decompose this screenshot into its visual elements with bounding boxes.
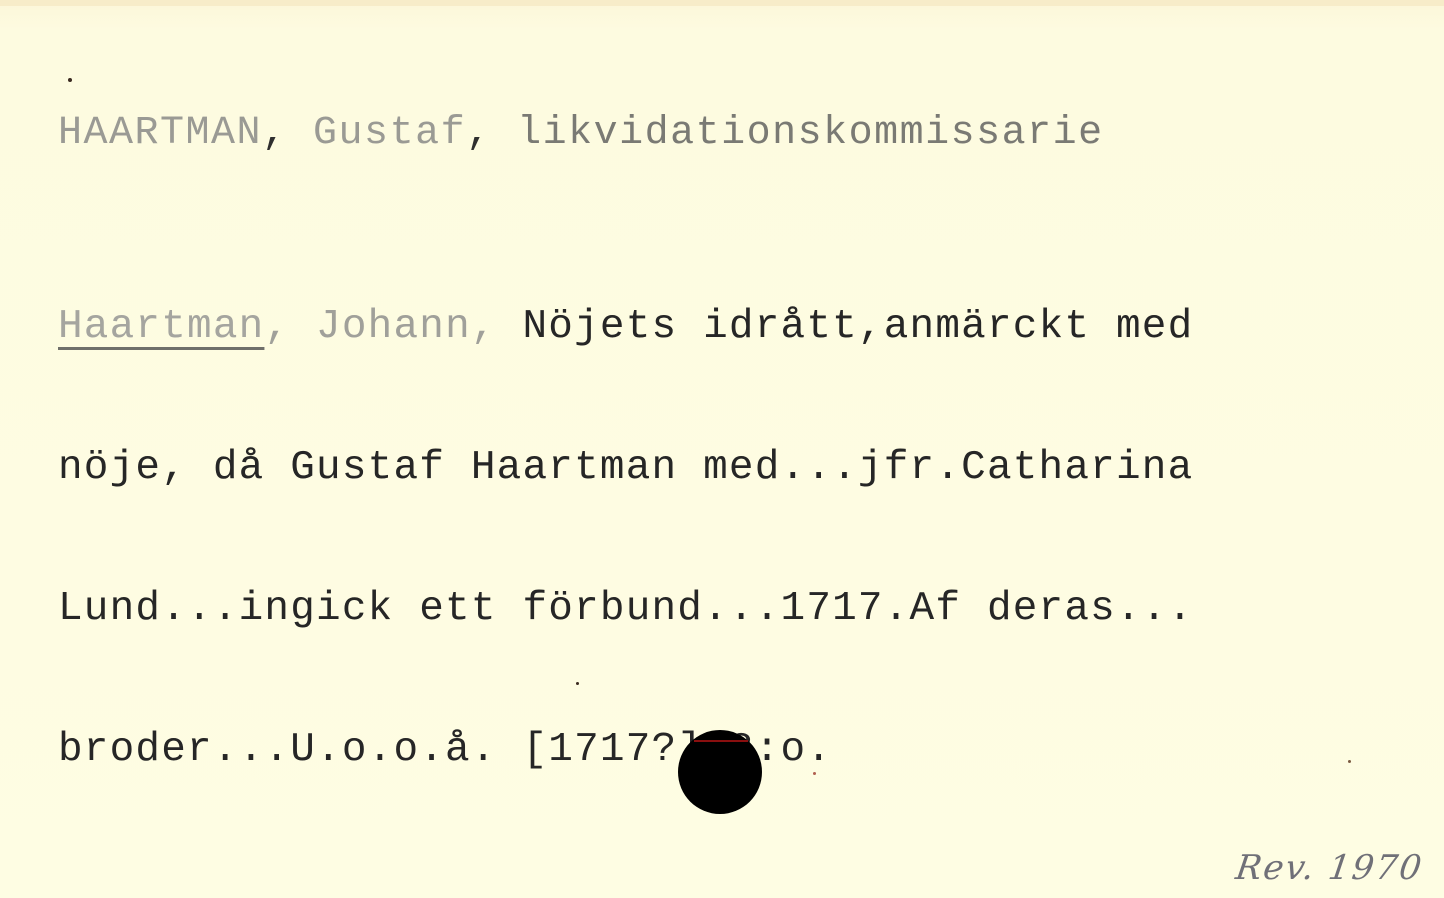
heading-given-name: Gustaf [288, 111, 467, 156]
heading-title: likvidationskommissarie [492, 111, 1104, 156]
entry-author-surname: Haartman [58, 304, 264, 350]
entry-first-line: Haartman, Johann, Nöjets idrått,anmärckt… [58, 304, 1193, 351]
punch-hole [678, 730, 762, 814]
card-heading: HAARTMAN, Gustaf, likvidationskommissari… [58, 110, 1104, 157]
card-top-edge [0, 0, 1444, 6]
heading-separator: , [262, 111, 288, 156]
entry-line: Lund...ingick ett förbund...1717.Af dera… [58, 586, 1193, 633]
card-entry: Haartman, Johann, Nöjets idrått,anmärckt… [58, 210, 1193, 868]
heading-surname: HAARTMAN [58, 111, 262, 156]
entry-author-rest: , Johann, [264, 304, 522, 350]
catalog-card: HAARTMAN, Gustaf, likvidationskommissari… [0, 0, 1444, 898]
entry-line: nöje, då Gustaf Haartman med...jfr.Catha… [58, 445, 1193, 492]
ink-speck [1348, 760, 1351, 763]
entry-line: broder...U.o.o.å. [1717?] 8:o. [58, 727, 1193, 774]
ink-speck [68, 78, 72, 82]
handwritten-revision-note: Rev. 1970 [1233, 848, 1426, 888]
heading-separator: , [466, 111, 492, 156]
entry-title-start: Nöjets idrått,anmärckt med [522, 304, 1193, 350]
